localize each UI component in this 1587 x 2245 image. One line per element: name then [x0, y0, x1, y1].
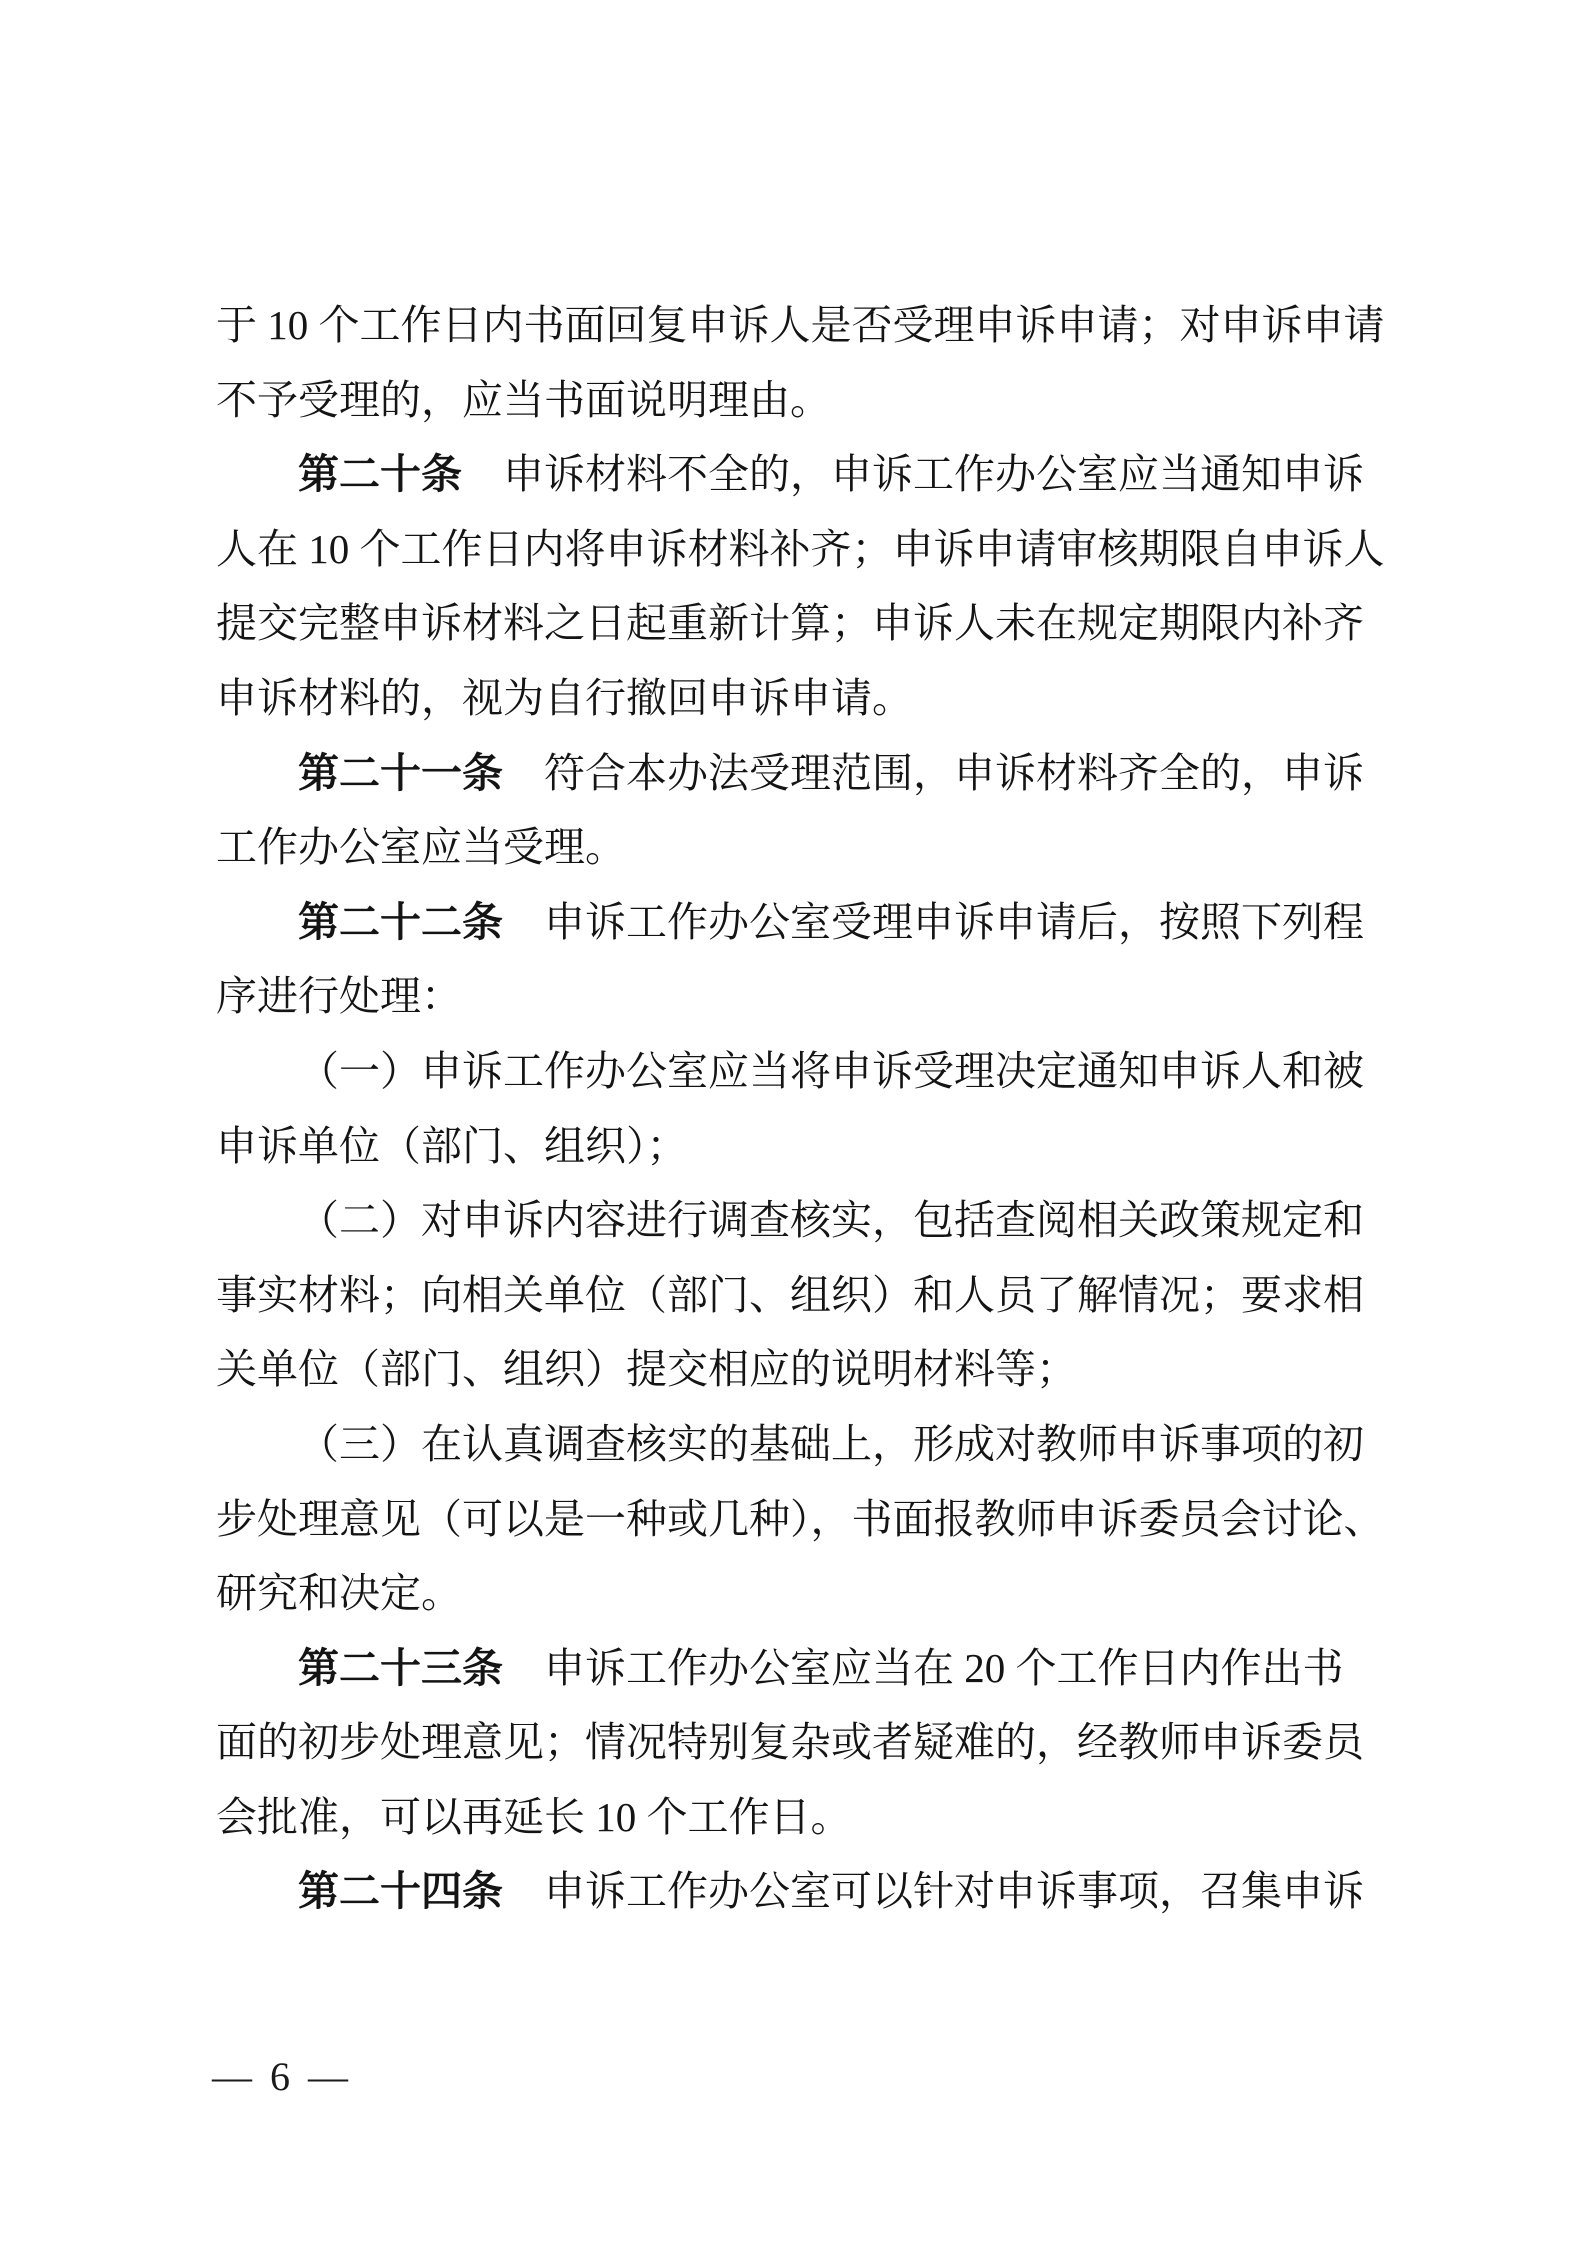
line-text: 申诉材料的，视为自行撤回申诉申请。: [216, 675, 913, 721]
text-line: 提交完整申诉材料之日起重新计算；申诉人未在规定期限内补齐: [216, 586, 1416, 661]
article-number: 第二十一条: [298, 750, 503, 796]
text-line: 不予受理的，应当书面说明理由。: [216, 363, 1416, 438]
line-text: （一）申诉工作办公室应当将申诉受理决定通知申诉人和被: [298, 1048, 1364, 1094]
article-number: 第二十二条: [298, 899, 503, 945]
line-text: 申诉工作办公室应当在 20 个工作日内作出书: [503, 1645, 1344, 1691]
text-line: 关单位（部门、组织）提交相应的说明材料等；: [216, 1332, 1416, 1407]
document-page: 于 10 个工作日内书面回复申诉人是否受理申诉申请；对申诉申请不予受理的，应当书…: [0, 0, 1587, 2245]
text-line: 第二十二条 申诉工作办公室受理申诉申请后，按照下列程: [216, 885, 1416, 960]
line-text: （二）对申诉内容进行调查核实，包括查阅相关政策规定和: [298, 1197, 1364, 1243]
text-line: 第二十三条 申诉工作办公室应当在 20 个工作日内作出书: [216, 1631, 1416, 1706]
text-line: 面的初步处理意见；情况特别复杂或者疑难的，经教师申诉委员: [216, 1705, 1416, 1780]
text-block: 于 10 个工作日内书面回复申诉人是否受理申诉申请；对申诉申请不予受理的，应当书…: [216, 288, 1416, 1929]
line-text: 序进行处理：: [216, 973, 462, 1019]
text-line: 研究和决定。: [216, 1556, 1416, 1631]
text-line: （一）申诉工作办公室应当将申诉受理决定通知申诉人和被: [216, 1034, 1416, 1109]
text-line: 事实材料；向相关单位（部门、组织）和人员了解情况；要求相: [216, 1258, 1416, 1333]
text-line: 会批准，可以再延长 10 个工作日。: [216, 1780, 1416, 1855]
article-number: 第二十三条: [298, 1645, 503, 1691]
line-text: （三）在认真调查核实的基础上，形成对教师申诉事项的初: [298, 1421, 1364, 1467]
text-line: （三）在认真调查核实的基础上，形成对教师申诉事项的初: [216, 1407, 1416, 1482]
line-text: 事实材料；向相关单位（部门、组织）和人员了解情况；要求相: [216, 1272, 1364, 1318]
line-text: 提交完整申诉材料之日起重新计算；申诉人未在规定期限内补齐: [216, 600, 1364, 646]
text-line: 序进行处理：: [216, 959, 1416, 1034]
page-number: — 6 —: [212, 2052, 352, 2102]
line-text: 面的初步处理意见；情况特别复杂或者疑难的，经教师申诉委员: [216, 1719, 1364, 1765]
text-line: 第二十条 申诉材料不全的，申诉工作办公室应当通知申诉: [216, 437, 1416, 512]
line-text: 会批准，可以再延长 10 个工作日。: [216, 1794, 852, 1840]
text-line: 步处理意见（可以是一种或几种），书面报教师申诉委员会讨论、: [216, 1482, 1416, 1557]
text-line: 于 10 个工作日内书面回复申诉人是否受理申诉申请；对申诉申请: [216, 288, 1416, 363]
line-text: 申诉材料不全的，申诉工作办公室应当通知申诉: [462, 451, 1364, 497]
article-number: 第二十四条: [298, 1868, 503, 1914]
line-text: 申诉单位（部门、组织）；: [216, 1123, 688, 1169]
line-text: 步处理意见（可以是一种或几种），书面报教师申诉委员会讨论、: [216, 1496, 1385, 1542]
article-number: 第二十条: [298, 451, 462, 497]
text-line: 第二十四条 申诉工作办公室可以针对申诉事项，召集申诉: [216, 1854, 1416, 1929]
text-line: 申诉材料的，视为自行撤回申诉申请。: [216, 661, 1416, 736]
line-text: 申诉工作办公室受理申诉申请后，按照下列程: [503, 899, 1364, 945]
line-text: 研究和决定。: [216, 1570, 462, 1616]
text-line: 人在 10 个工作日内将申诉材料补齐；申诉申请审核期限自申诉人: [216, 512, 1416, 587]
line-text: 申诉工作办公室可以针对申诉事项，召集申诉: [503, 1868, 1364, 1914]
text-line: 工作办公室应当受理。: [216, 810, 1416, 885]
line-text: 不予受理的，应当书面说明理由。: [216, 377, 831, 423]
text-line: （二）对申诉内容进行调查核实，包括查阅相关政策规定和: [216, 1183, 1416, 1258]
line-text: 工作办公室应当受理。: [216, 824, 626, 870]
text-line: 第二十一条 符合本办法受理范围，申诉材料齐全的，申诉: [216, 736, 1416, 811]
line-text: 于 10 个工作日内书面回复申诉人是否受理申诉申请；对申诉申请: [216, 302, 1385, 348]
line-text: 人在 10 个工作日内将申诉材料补齐；申诉申请审核期限自申诉人: [216, 526, 1385, 572]
line-text: 符合本办法受理范围，申诉材料齐全的，申诉: [503, 750, 1364, 796]
line-text: 关单位（部门、组织）提交相应的说明材料等；: [216, 1346, 1077, 1392]
text-line: 申诉单位（部门、组织）；: [216, 1109, 1416, 1184]
